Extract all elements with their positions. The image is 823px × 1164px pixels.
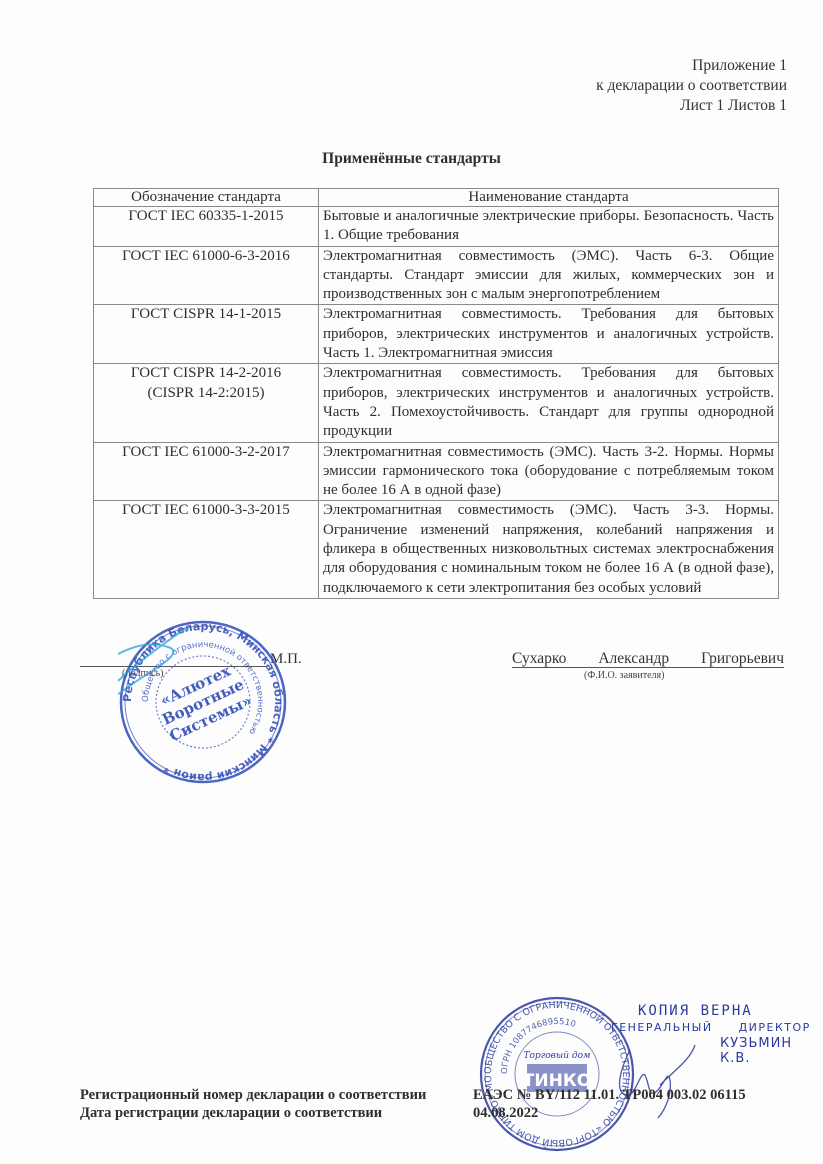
appendix-line: Лист 1 Листов 1 <box>596 96 787 116</box>
standard-code-alt: (CISPR 14-2:2015) <box>98 384 314 403</box>
standard-name-cell: Бытовые и аналогичные электрические приб… <box>319 207 779 247</box>
standard-code: ГОСТ IEC 61000-3-2-2017 <box>98 443 314 462</box>
registration-date-value: 04.08.2022 <box>473 1105 538 1123</box>
registration-block: Регистрационный номер декларации о соотв… <box>80 1087 746 1122</box>
standard-code-cell: ГОСТ IEC 61000-3-3-2015 <box>94 501 319 598</box>
standard-code: ГОСТ IEC 61000-6-3-2016 <box>98 247 314 266</box>
standard-code-cell: ГОСТ CISPR 14-2-2016(CISPR 14-2:2015) <box>94 364 319 442</box>
page-title: Применённые стандарты <box>0 150 823 168</box>
table-row: ГОСТ CISPR 14-2-2016(CISPR 14-2:2015)Эле… <box>94 364 779 442</box>
standard-code-cell: ГОСТ CISPR 14-1-2015 <box>94 305 319 364</box>
table-row: ГОСТ IEC 61000-6-3-2016Электромагнитная … <box>94 246 779 305</box>
appendix-header: Приложение 1 к декларации о соответствии… <box>596 56 787 116</box>
registration-number-value: ЕАЭС № BY/112 11.01. ТР004 003.02 06115 <box>473 1087 746 1105</box>
standard-name-cell: Электромагнитная совместимость. Требован… <box>319 364 779 442</box>
standard-code-cell: ГОСТ IEC 61000-3-2-2017 <box>94 442 319 501</box>
table-row: ГОСТ IEC 61000-3-3-2015Электромагнитная … <box>94 501 779 598</box>
standards-table: Обозначение стандарта Наименование станд… <box>93 188 779 599</box>
standard-code: ГОСТ CISPR 14-1-2015 <box>98 305 314 324</box>
appendix-line: Приложение 1 <box>596 56 787 76</box>
registration-date-row: Дата регистрации декларации о соответств… <box>80 1105 746 1123</box>
appendix-line: к декларации о соответствии <box>596 76 787 96</box>
table-row: ГОСТ IEC 61000-3-2-2017Электромагнитная … <box>94 442 779 501</box>
standard-name-cell: Электромагнитная совместимость (ЭМС). Ча… <box>319 442 779 501</box>
standard-name-cell: Электромагнитная совместимость (ЭМС). Ча… <box>319 501 779 598</box>
applicant-caption: (Ф.И.О. заявителя) <box>584 670 664 681</box>
standard-code: ГОСТ IEC 61000-3-3-2015 <box>98 501 314 520</box>
director-title-general: ГЕНЕРАЛЬНЫЙ <box>611 1021 713 1034</box>
standard-code: ГОСТ IEC 60335-1-2015 <box>98 207 314 226</box>
director-title: ГЕНЕРАЛЬНЫЙДИРЕКТОР <box>611 1021 823 1034</box>
table-row: ГОСТ CISPR 14-1-2015Электромагнитная сов… <box>94 305 779 364</box>
stamp-script-text: Торговый дом <box>524 1051 591 1061</box>
column-header-code: Обозначение стандарта <box>94 189 319 207</box>
director-title-director: ДИРЕКТОР <box>739 1021 811 1034</box>
standard-code-cell: ГОСТ IEC 61000-6-3-2016 <box>94 246 319 305</box>
table-row: ГОСТ IEC 60335-1-2015Бытовые и аналогичн… <box>94 207 779 247</box>
table-header-row: Обозначение стандарта Наименование станд… <box>94 189 779 207</box>
standard-code: ГОСТ CISPR 14-2-2016 <box>98 364 314 383</box>
standard-name-cell: Электромагнитная совместимость. Требован… <box>319 305 779 364</box>
director-name: КУЗЬМИН К.В. <box>720 1036 823 1066</box>
company-seal-stamp: Республика Беларусь, Минская область * М… <box>118 617 288 787</box>
copy-true-stamp-text: КОПИЯ ВЕРНА <box>638 1003 753 1019</box>
document-page: Приложение 1 к декларации о соответствии… <box>0 0 823 1164</box>
applicant-name: Сухарко Александр Григорьевич <box>512 651 784 668</box>
column-header-name: Наименование стандарта <box>319 189 779 207</box>
standard-code-cell: ГОСТ IEC 60335-1-2015 <box>94 207 319 247</box>
registration-date-label: Дата регистрации декларации о соответств… <box>80 1105 473 1123</box>
registration-number-row: Регистрационный номер декларации о соотв… <box>80 1087 746 1105</box>
standard-name-cell: Электромагнитная совместимость (ЭМС). Ча… <box>319 246 779 305</box>
registration-number-label: Регистрационный номер декларации о соотв… <box>80 1087 473 1105</box>
